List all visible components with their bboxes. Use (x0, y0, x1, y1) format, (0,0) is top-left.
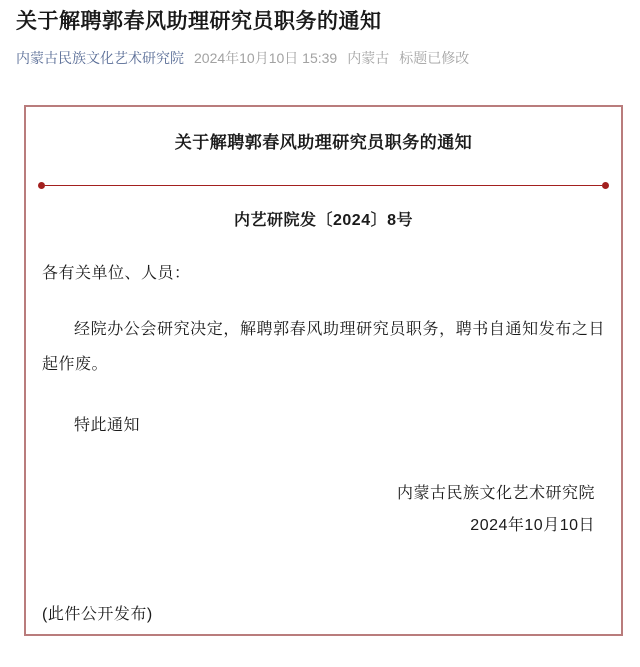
publish-datetime: 2024年10月10日 15:39 (194, 48, 337, 68)
article-page: 关于解聘郭春风助理研究员职务的通知 内蒙古民族文化艺术研究院 2024年10月1… (0, 0, 640, 636)
article-title: 关于解聘郭春风助理研究员职务的通知 (16, 8, 624, 36)
divider-rule (45, 185, 602, 187)
signature-block: 内蒙古民族文化艺术研究院 2024年10月10日 (42, 478, 605, 542)
divider-left-dot (38, 182, 45, 189)
signature-date: 2024年10月10日 (42, 510, 595, 542)
divider-right-dot (602, 182, 609, 189)
title-edited-note: 标题已修改 (399, 48, 469, 68)
document-number: 内艺研院发〔2024〕8号 (42, 210, 605, 232)
public-release-footnote: (此件公开发布) (42, 604, 605, 626)
red-divider (38, 182, 609, 189)
notice-salutation: 各有关单位、人员： (42, 263, 605, 285)
notice-title: 关于解聘郭春风助理研究员职务的通知 (42, 131, 605, 155)
notice-closing: 特此通知 (42, 415, 605, 437)
signature-organization: 内蒙古民族文化艺术研究院 (42, 478, 595, 510)
article-meta: 内蒙古民族文化艺术研究院 2024年10月10日 15:39 内蒙古 标题已修改 (16, 48, 624, 68)
account-name-link[interactable]: 内蒙古民族文化艺术研究院 (16, 48, 184, 68)
notice-body-paragraph: 经院办公会研究决定，解聘郭春风助理研究员职务，聘书自通知发布之日起作废。 (42, 312, 605, 382)
notice-document-box: 关于解聘郭春风助理研究员职务的通知 内艺研院发〔2024〕8号 各有关单位、人员… (24, 105, 623, 636)
publish-location: 内蒙古 (347, 48, 389, 68)
